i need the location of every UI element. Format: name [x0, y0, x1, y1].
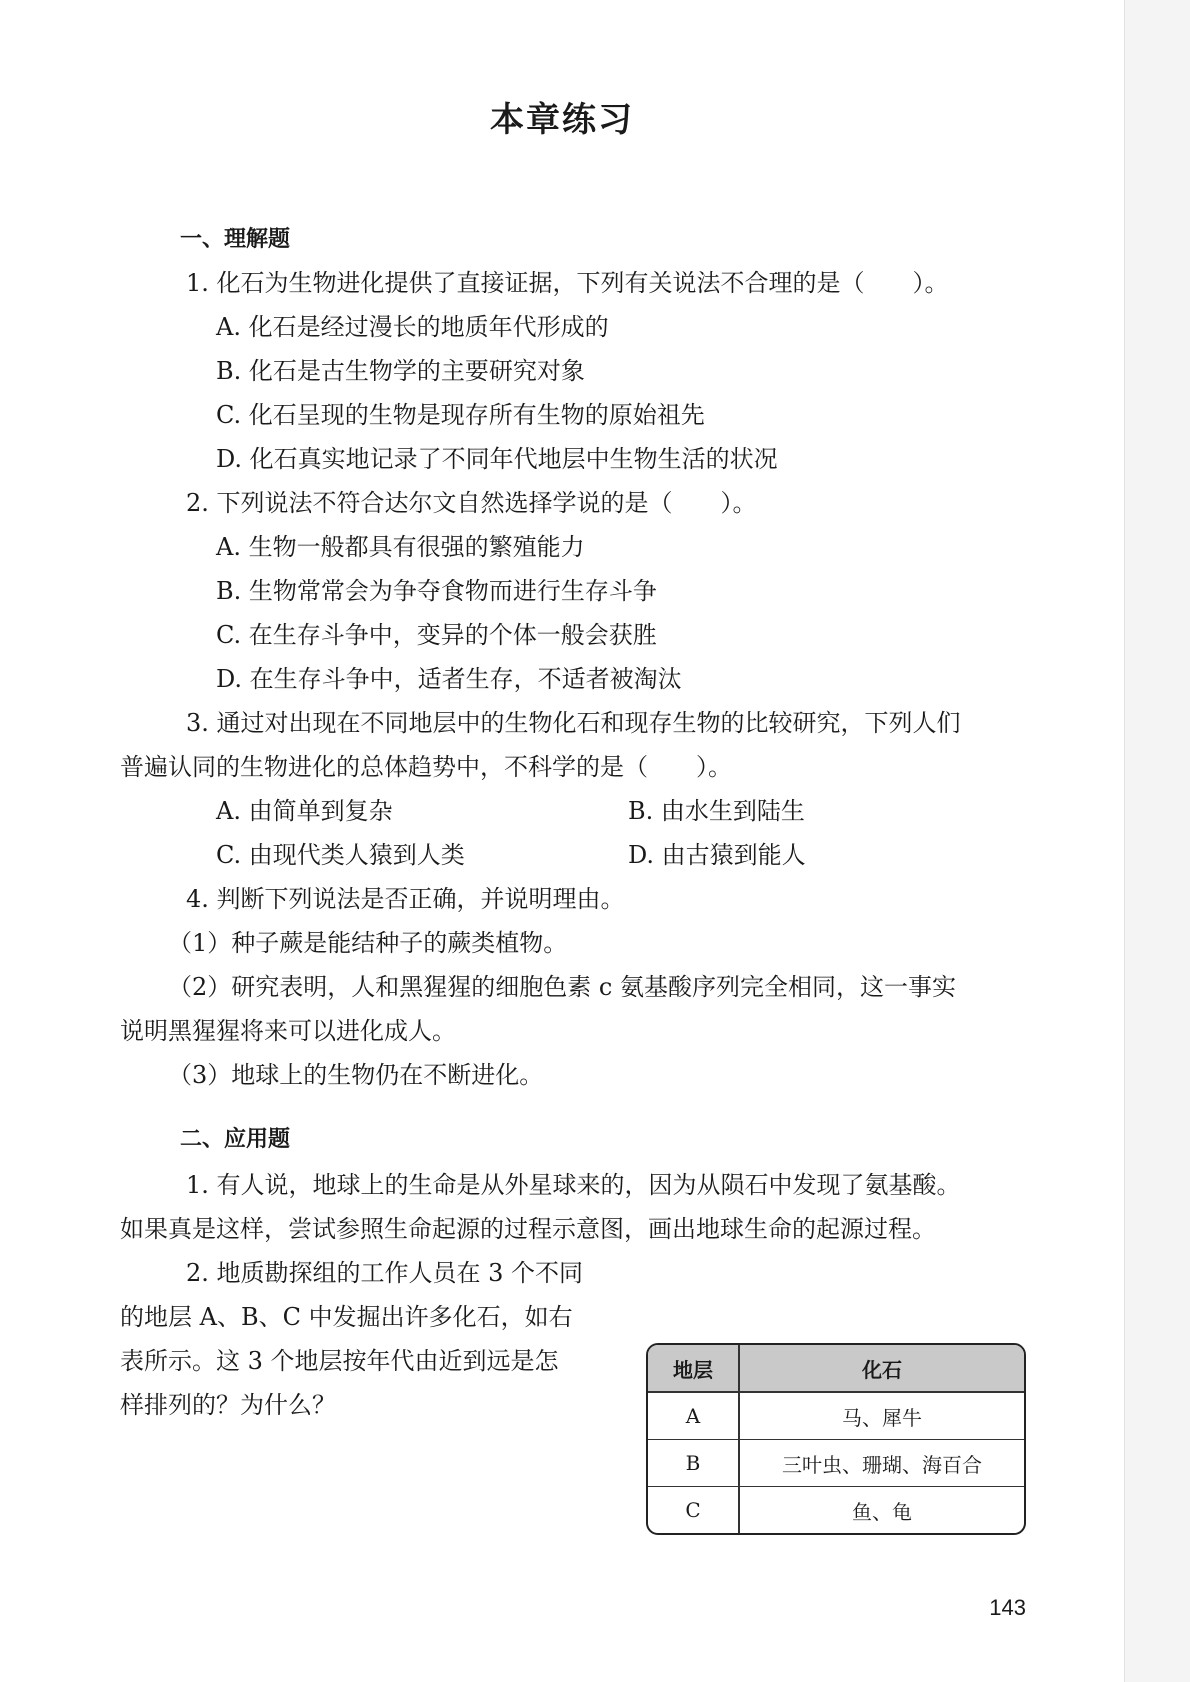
q4-item-2: （2）研究表明，人和黑猩猩的细胞色素 c 氨基酸序列完全相同，这一事实: [168, 972, 956, 1002]
q3-option-b: B. 由水生到陆生: [628, 796, 805, 826]
table-row: C 鱼、龟: [648, 1486, 1024, 1533]
cell-fossils: 三叶虫、珊瑚、海百合: [740, 1439, 1024, 1486]
header-stratum: 地层: [648, 1345, 740, 1393]
header-fossils: 化石: [740, 1345, 1024, 1393]
q3-option-a: A. 由简单到复杂: [216, 796, 393, 826]
q4-item-2-cont: 说明黑猩猩将来可以进化成人。: [120, 1016, 456, 1046]
app-question-1-line2: 如果真是这样，尝试参照生命起源的过程示意图，画出地球生命的起源过程。: [120, 1214, 936, 1244]
app-question-2-line1: 2. 地质勘探组的工作人员在 3 个不同: [186, 1258, 583, 1288]
cell-stratum: B: [648, 1439, 740, 1486]
page-title: 本章练习: [0, 92, 1124, 141]
textbook-page: 本章练习 一、理解题 1. 化石为生物进化提供了直接证据，下列有关说法不合理的是…: [0, 0, 1125, 1682]
q2-option-b: B. 生物常常会为争夺食物而进行生存斗争: [216, 576, 657, 606]
question-3-stem-line1: 3. 通过对出现在不同地层中的生物化石和现存生物的比较研究，下列人们: [186, 708, 961, 738]
cell-stratum: A: [648, 1393, 740, 1439]
table-row: B 三叶虫、珊瑚、海百合: [648, 1439, 1024, 1486]
app-question-2-line2: 的地层 A、B、C 中发掘出许多化石，如右: [120, 1302, 573, 1332]
q1-option-b: B. 化石是古生物学的主要研究对象: [216, 356, 585, 386]
fossil-strata-table: 地层 化石 A 马、犀牛 B 三叶虫、珊瑚、海百合 C 鱼、龟: [646, 1343, 1026, 1535]
question-1-stem: 1. 化石为生物进化提供了直接证据，下列有关说法不合理的是（ ）。: [186, 268, 949, 298]
q1-option-a: A. 化石是经过漫长的地质年代形成的: [216, 312, 609, 342]
app-question-2-line3: 表所示。这 3 个地层按年代由近到远是怎: [120, 1346, 559, 1376]
cell-fossils: 马、犀牛: [740, 1393, 1024, 1439]
table-header-row: 地层 化石: [648, 1345, 1024, 1393]
page-number: 143: [989, 1595, 1026, 1621]
q4-item-3: （3）地球上的生物仍在不断进化。: [168, 1060, 543, 1090]
q2-option-c: C. 在生存斗争中，变异的个体一般会获胜: [216, 620, 657, 650]
q3-option-c: C. 由现代类人猿到人类: [216, 840, 465, 870]
app-question-1-line1: 1. 有人说，地球上的生命是从外星球来的，因为从陨石中发现了氨基酸。: [186, 1170, 961, 1200]
q2-option-d: D. 在生存斗争中，适者生存，不适者被淘汰: [216, 664, 682, 694]
app-question-2-line4: 样排列的？为什么？: [120, 1390, 336, 1420]
q3-option-d: D. 由古猿到能人: [628, 840, 806, 870]
q4-item-1: （1）种子蕨是能结种子的蕨类植物。: [168, 928, 567, 958]
cell-stratum: C: [648, 1486, 740, 1533]
question-4-stem: 4. 判断下列说法是否正确，并说明理由。: [186, 884, 625, 914]
question-2-stem: 2. 下列说法不符合达尔文自然选择学说的是（ ）。: [186, 488, 757, 518]
question-3-stem-line2: 普遍认同的生物进化的总体趋势中，不科学的是（ ）。: [120, 752, 732, 782]
q1-option-c: C. 化石呈现的生物是现存所有生物的原始祖先: [216, 400, 705, 430]
cell-fossils: 鱼、龟: [740, 1486, 1024, 1533]
q2-option-a: A. 生物一般都具有很强的繁殖能力: [216, 532, 585, 562]
q1-option-d: D. 化石真实地记录了不同年代地层中生物生活的状况: [216, 444, 778, 474]
table-row: A 马、犀牛: [648, 1393, 1024, 1439]
section-heading-application: 二、应用题: [180, 1125, 290, 1155]
section-heading-comprehension: 一、理解题: [180, 225, 290, 255]
